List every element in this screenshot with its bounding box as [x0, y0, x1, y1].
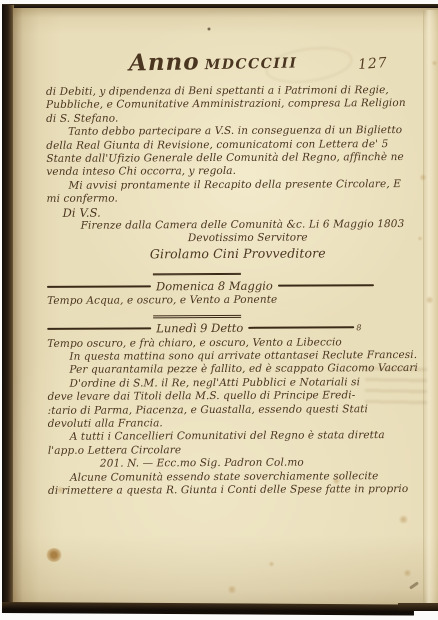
signature-name: Girolamo Cini Provveditore	[47, 245, 389, 263]
header-rule-right	[278, 284, 374, 286]
header-rule-left	[47, 328, 151, 330]
year-heading: Anno MDCCCIII	[129, 47, 298, 80]
section-header-sunday: Domenica 8 Maggio	[47, 278, 389, 295]
manuscript-page: Anno MDCCCIII 127 di Debiti, y dipendenz…	[13, 8, 438, 607]
letter-line: Mi avvisi prontamente il Recapito della …	[46, 178, 388, 193]
manuscript-text: di Debiti, y dipendenza di Beni spettant…	[46, 84, 390, 498]
section-divider	[153, 315, 241, 318]
section-divider	[153, 273, 241, 276]
section-header-monday: Lunedì 9 Detto 8	[47, 320, 389, 337]
scratch-mark	[409, 581, 419, 589]
monday-line: di rimettere a questa R. Giunta i Conti …	[48, 483, 390, 498]
foxing-spot	[431, 60, 438, 66]
manuscript-photo: Anno MDCCCIII 127 di Debiti, y dipendenz…	[0, 0, 438, 620]
page-stack-edge	[423, 10, 438, 607]
monday-line: deve levare dai Titoli della M.S. quello…	[48, 389, 390, 404]
ink-speck	[207, 27, 211, 31]
dateline: Firenze dalla Camera delle Comunità &c. …	[47, 218, 389, 233]
letter-line: Tanto debbo partecipare a V.S. in conseg…	[46, 124, 388, 139]
foxing-spot	[403, 569, 412, 577]
header-end-mark: 8	[354, 323, 361, 332]
foxing-spot	[46, 548, 62, 562]
header-rule-left	[47, 285, 151, 287]
book-edge-bottom	[2, 602, 414, 616]
year-numeral: MDCCCIII	[205, 56, 298, 74]
sunday-header: Domenica 8 Maggio	[151, 279, 278, 294]
foxing-spot	[227, 585, 237, 594]
year-word: Anno	[129, 48, 200, 76]
letter-line: Stante dall'Ufizio Generale delle Comuni…	[46, 151, 388, 166]
monday-header: Lunedì 9 Detto	[151, 321, 248, 336]
foxing-spot	[425, 296, 434, 304]
foxing-spot	[417, 236, 423, 241]
foxing-spot	[398, 515, 409, 524]
foxing-spot	[419, 174, 427, 181]
letter-line: Pubbliche, e Comunitative Amministrazion…	[46, 97, 388, 112]
foxing-spot	[268, 561, 275, 567]
header-rule-right	[248, 327, 354, 329]
book-edge-bottom-right	[398, 603, 438, 611]
sunday-weather: Tempo Acqua, e oscuro, e Vento a Ponente	[47, 294, 389, 309]
page-number: 127	[357, 55, 388, 73]
monday-line: A tutti i Cancellieri Comunitativi del R…	[48, 430, 390, 445]
monday-line: :tario di Parma, Piacenza, e Guastalla, …	[48, 403, 390, 418]
